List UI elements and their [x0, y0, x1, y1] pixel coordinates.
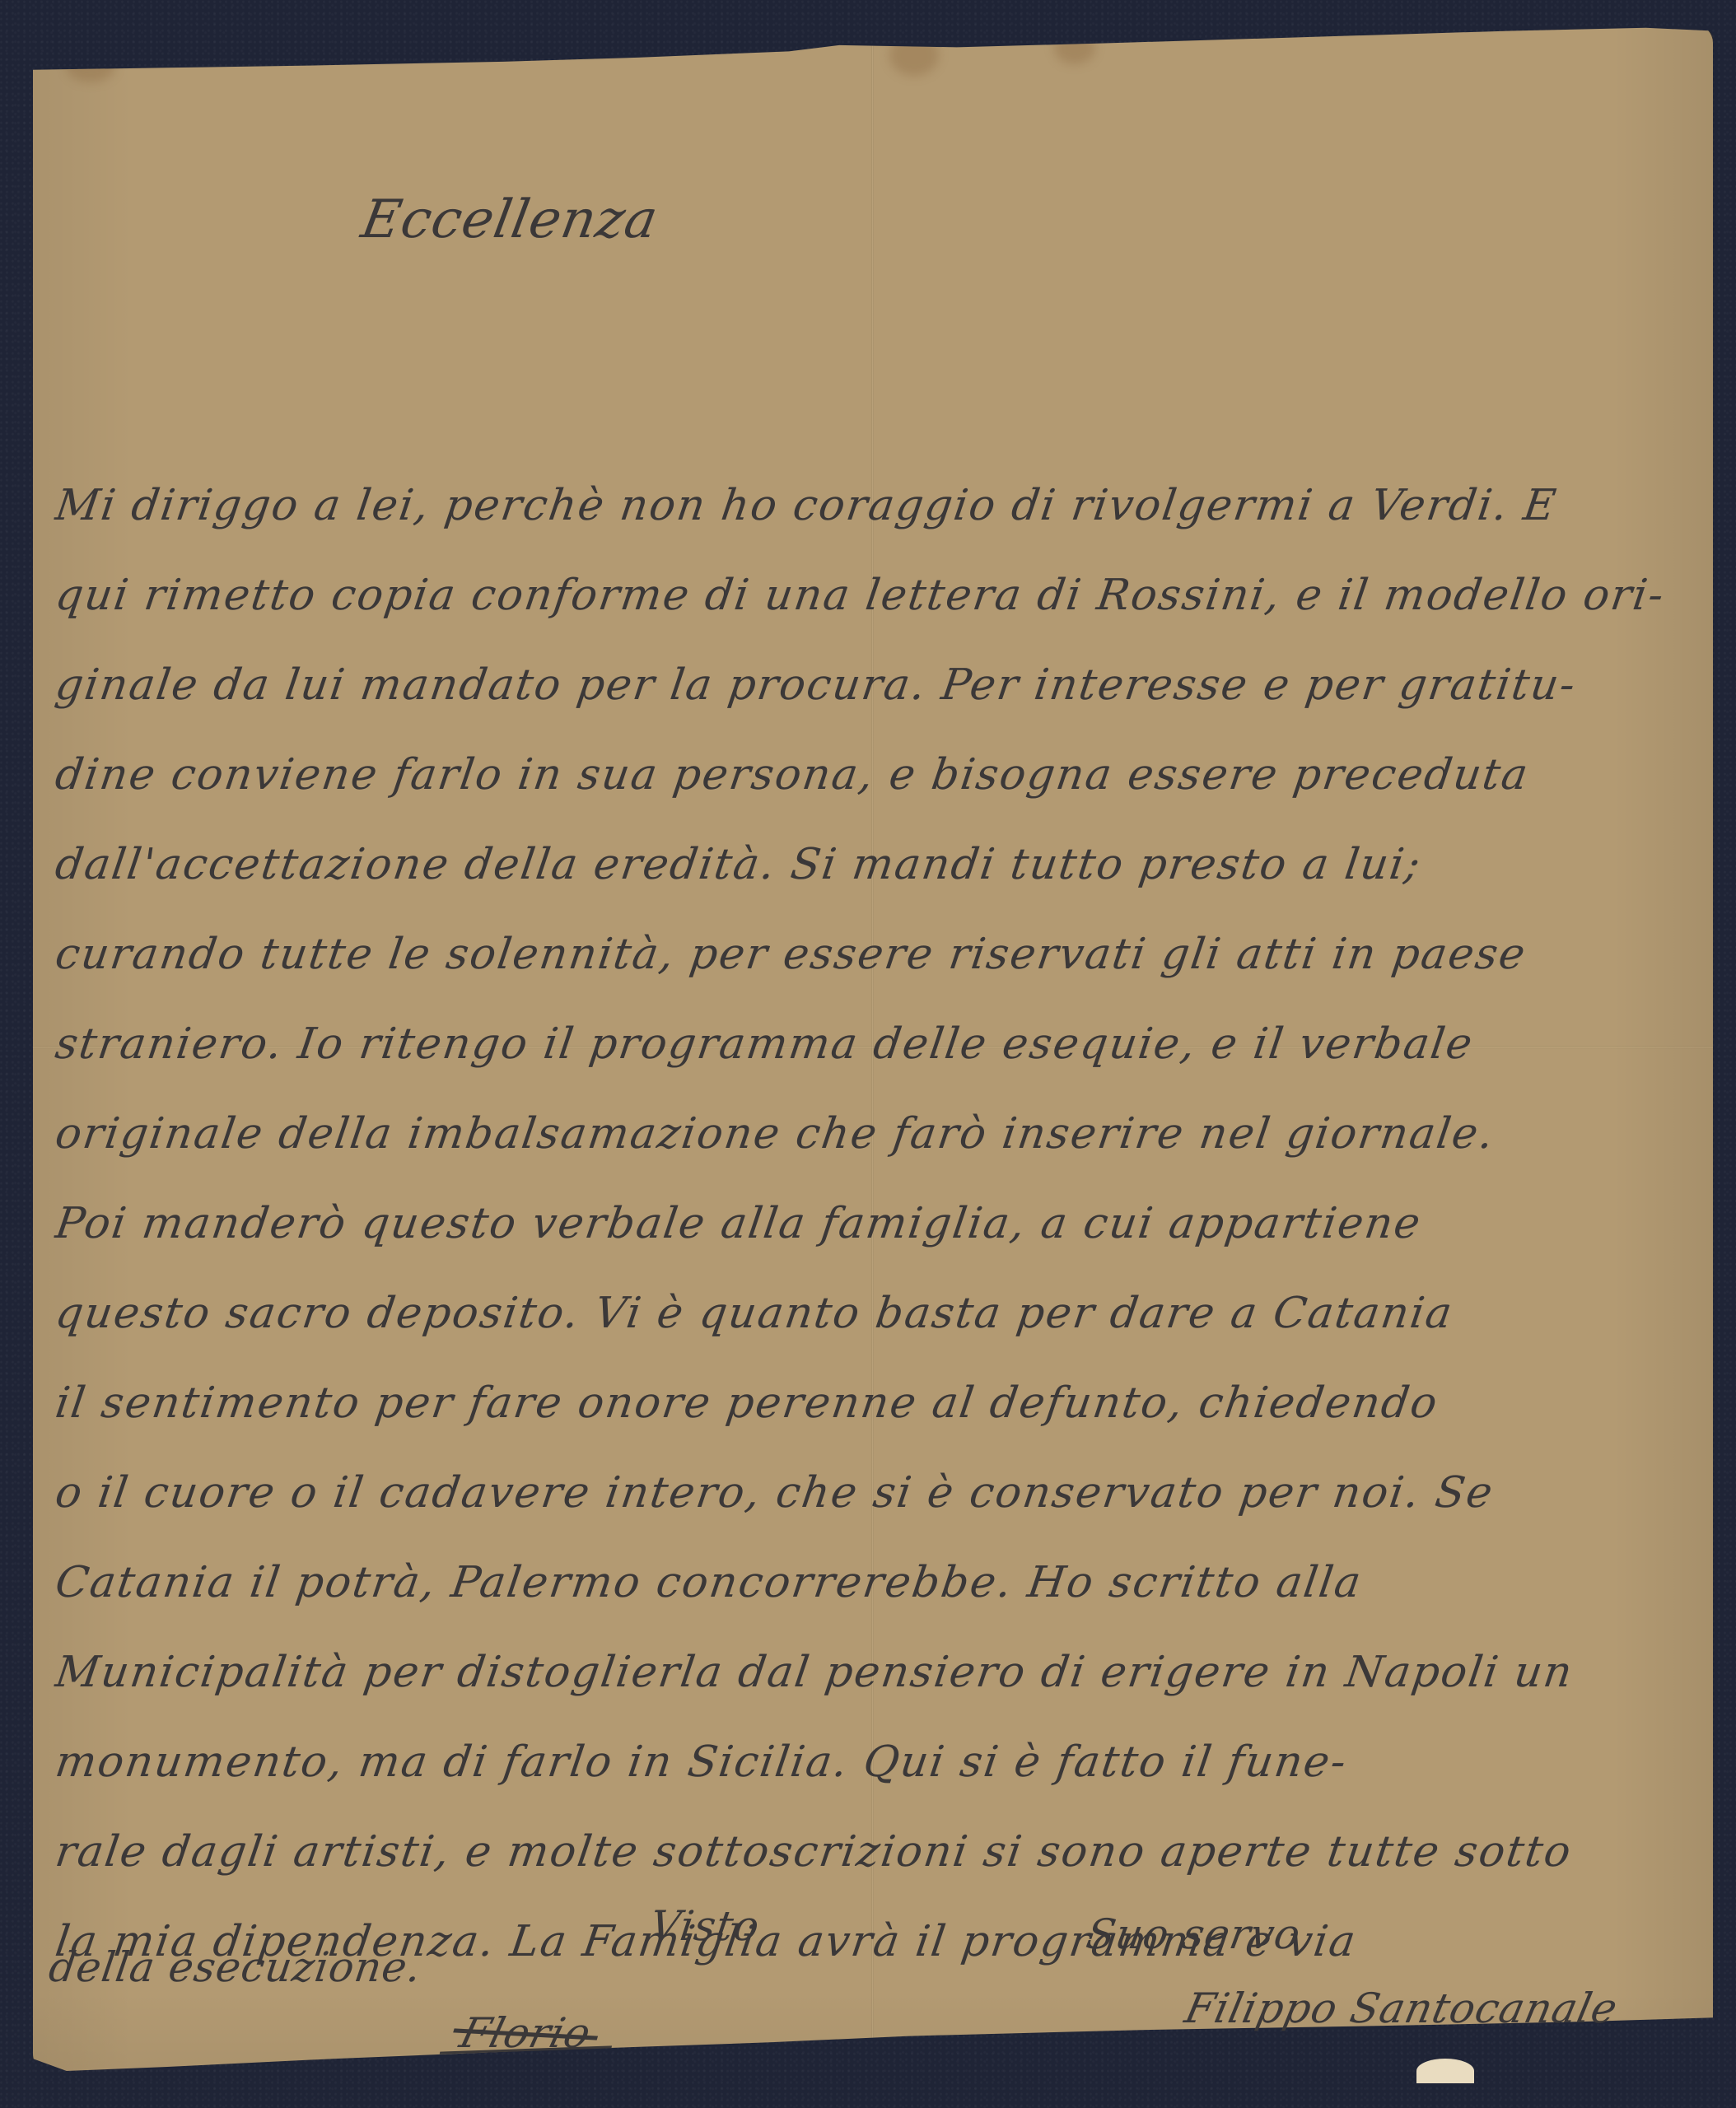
body-line: o il cuore o il cadavere intero, che si …	[49, 1448, 1676, 1538]
signature: Filippo Santocanale	[1181, 1984, 1622, 2032]
body-line: curando tutte le solennità, per essere r…	[49, 910, 1676, 1000]
body-line: dine conviene farlo in sua persona, e bi…	[49, 730, 1676, 820]
body-line: qui rimetto copia conforme di una letter…	[49, 551, 1676, 641]
water-stain	[1054, 31, 1095, 64]
closing-line: della esecuzione.	[46, 1943, 425, 1991]
paper-tear	[1416, 2059, 1474, 2083]
letter-body: Mi diriggo a lei, perchè non ho coraggio…	[49, 461, 1664, 1987]
struck-through-signature: Florio	[455, 2009, 596, 2057]
valediction: Suo servo	[1083, 1910, 1304, 1958]
body-line: ginale da lui mandato per la procura. Pe…	[49, 641, 1676, 730]
body-line: Catania il potrà, Palermo concorrerebbe.…	[49, 1538, 1676, 1628]
body-line: il sentimento per fare onore perenne al …	[49, 1359, 1676, 1448]
body-line: Poi manderò questo verbale alla famiglia…	[49, 1179, 1676, 1269]
body-line: Mi diriggo a lei, perchè non ho coraggio…	[49, 461, 1676, 551]
body-line: rale dagli artisti, e molte sottoscrizio…	[49, 1807, 1676, 1897]
water-stain	[889, 35, 939, 76]
body-line: Municipalità per distoglierla dal pensie…	[49, 1628, 1676, 1718]
body-line: straniero. Io ritengo il programma delle…	[49, 1000, 1676, 1089]
salutation: Eccellenza	[357, 189, 662, 250]
body-line: monumento, ma di farlo in Sicilia. Qui s…	[49, 1718, 1676, 1807]
body-line: questo sacro deposito. Vi è quanto basta…	[49, 1269, 1676, 1359]
body-line: dall'accettazione della eredità. Si mand…	[49, 820, 1676, 910]
body-line: originale della imbalsamazione che farò …	[49, 1089, 1676, 1179]
approval-label: Visto	[647, 1902, 763, 1950]
water-stain	[66, 49, 115, 82]
